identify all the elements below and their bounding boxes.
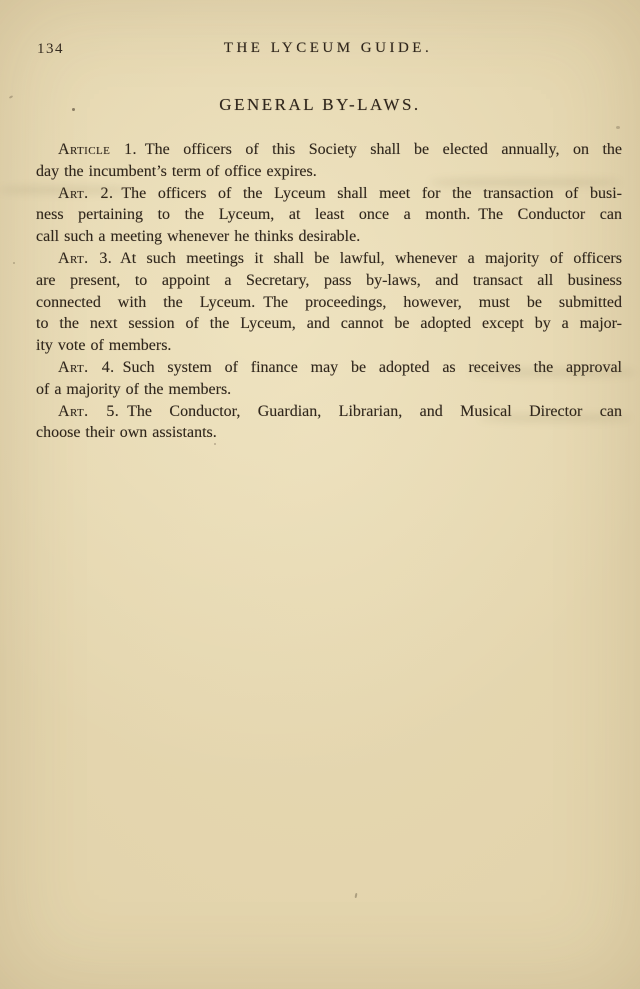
paragraph: Article 1. The officers of this Society … — [36, 139, 622, 183]
text-line: call such a meeting whenever he thinks d… — [36, 226, 622, 248]
text-line: day the incumbent’s term of office expir… — [36, 161, 622, 183]
paper-speck — [13, 262, 15, 264]
text-line: connected with the Lyceum. The proceedin… — [36, 292, 622, 314]
text-line: Art. 4. Such system of finance may be ad… — [36, 357, 622, 379]
section-heading: GENERAL BY-LAWS. — [0, 95, 640, 115]
paper-speck — [616, 126, 620, 129]
text-line: Article 1. The officers of this Society … — [36, 139, 622, 161]
text-line: are present, to appoint a Secretary, pas… — [36, 270, 622, 292]
text-line: ness pertaining to the Lyceum, at least … — [36, 204, 622, 226]
book-page: 134 THE LYCEUM GUIDE. GENERAL BY-LAWS. A… — [0, 0, 640, 989]
running-head: 134 THE LYCEUM GUIDE. — [0, 40, 640, 62]
body-text: Article 1. The officers of this Society … — [36, 139, 622, 444]
paragraph: Art. 2. The officers of the Lyceum shall… — [36, 183, 622, 248]
paragraph: Art. 3. At such meetings it shall be law… — [36, 248, 622, 357]
text-line: Art. 2. The officers of the Lyceum shall… — [36, 183, 622, 205]
paper-speck — [355, 893, 358, 898]
article-label: Art. 3. — [58, 250, 112, 267]
text-line: of a majority of the members. — [36, 379, 622, 401]
paragraph: Art. 5. The Conductor, Guardian, Librari… — [36, 401, 622, 445]
text-line: Art. 3. At such meetings it shall be law… — [36, 248, 622, 270]
article-label: Art. 5. — [58, 403, 119, 420]
article-label: Art. 2. — [58, 185, 113, 202]
paragraph: Art. 4. Such system of finance may be ad… — [36, 357, 622, 401]
running-title: THE LYCEUM GUIDE. — [0, 40, 640, 57]
text-line: ity vote of members. — [36, 335, 622, 357]
text-line: choose their own assistants. — [36, 422, 622, 444]
text-line: Art. 5. The Conductor, Guardian, Librari… — [36, 401, 622, 423]
article-label: Art. 4. — [58, 359, 115, 376]
text-line: to the next session of the Lyceum, and c… — [36, 313, 622, 335]
article-label: Article 1. — [58, 141, 137, 158]
page-number: 134 — [37, 41, 64, 58]
